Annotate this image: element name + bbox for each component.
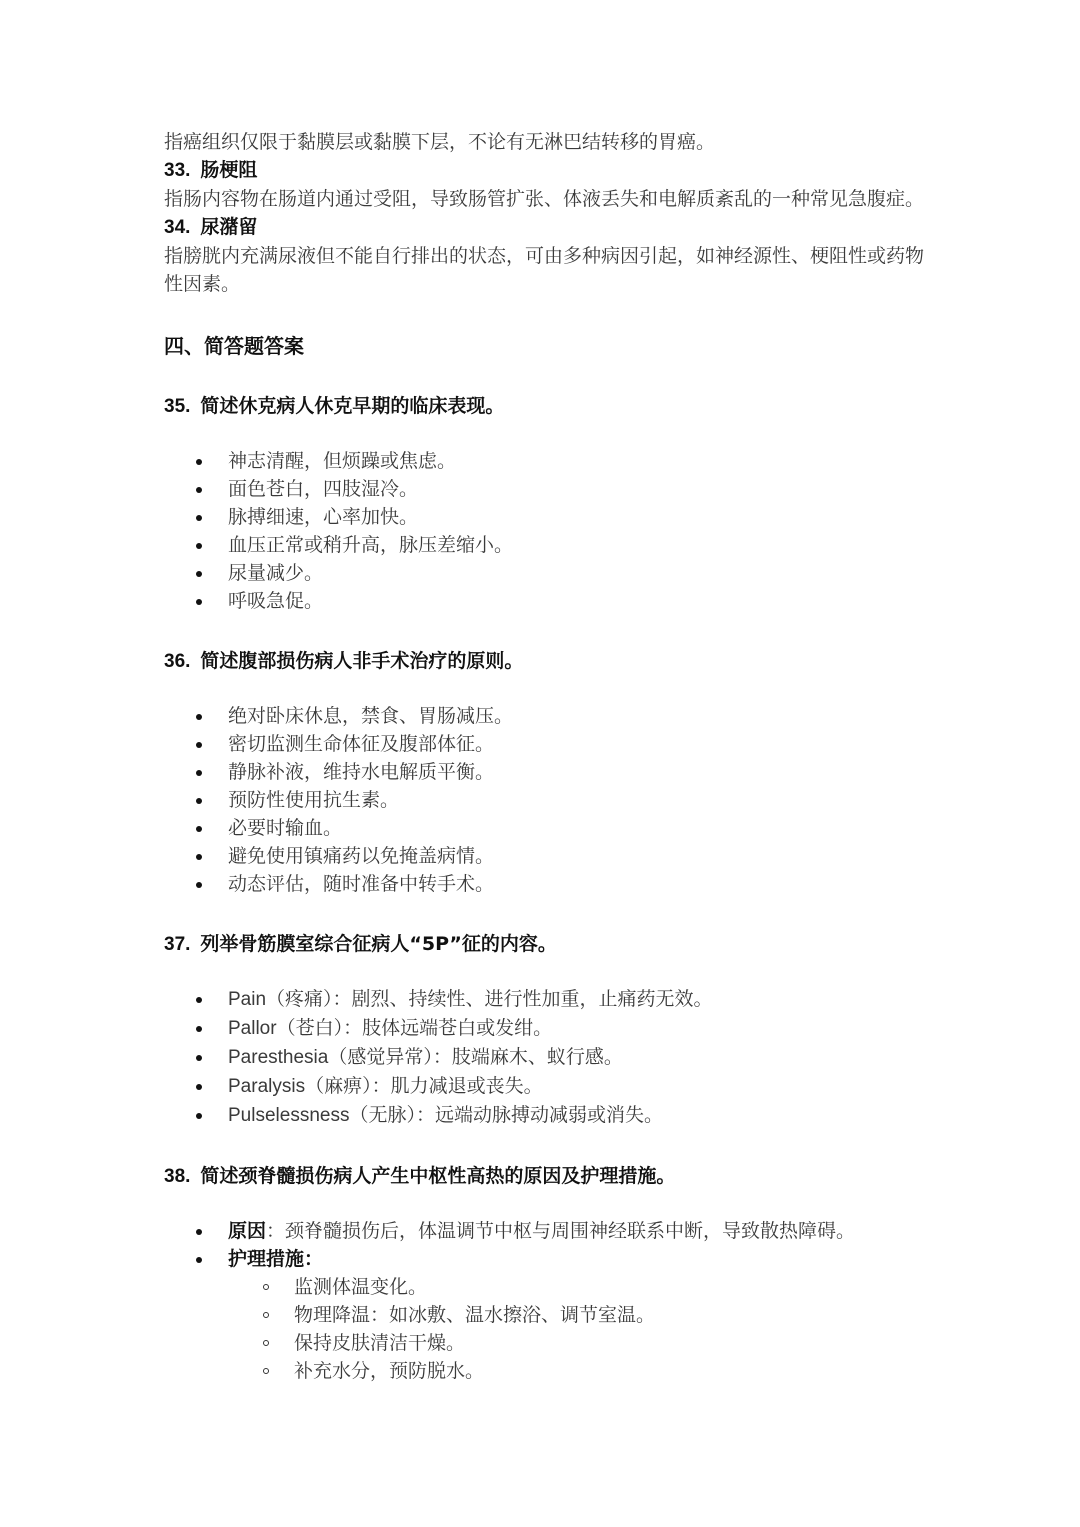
answer-text: 静脉补液，维持水电解质平衡。 xyxy=(228,761,494,783)
hollow-bullet-icon xyxy=(263,1312,269,1318)
bullet-icon xyxy=(196,770,202,776)
hollow-bullet-icon xyxy=(263,1284,269,1290)
answer-item-cause: 原因：颈脊髓损伤后，体温调节中枢与周围神经联系中断，导致散热障碍。 xyxy=(164,1217,924,1245)
answer-text: 神志清醒，但烦躁或焦虑。 xyxy=(228,450,456,472)
answer-text: 预防性使用抗生素。 xyxy=(228,789,399,811)
question-title: 简述颈脊髓损伤病人产生中枢性高热的原因及护理措施。 xyxy=(200,1165,675,1187)
bullet-icon xyxy=(196,742,202,748)
sign-name: Pallor xyxy=(228,1018,277,1039)
answer-item: 血压正常或稍升高，脉压差缩小。 xyxy=(164,531,924,559)
bullet-icon xyxy=(196,1055,202,1061)
sign-name: Paralysis xyxy=(228,1076,305,1097)
definition-34: 34.尿潴留 指膀胱内充满尿液但不能自行排出的状态，可由多种病因引起，如神经源性… xyxy=(164,213,924,298)
answer-item: 避免使用镇痛药以免掩盖病情。 xyxy=(164,842,924,870)
care-measure-text: 物理降温：如冰敷、温水擦浴、调节室温。 xyxy=(294,1304,655,1326)
sign-description: （无脉）：远端动脉搏动减弱或消失。 xyxy=(349,1104,663,1126)
bullet-icon xyxy=(196,487,202,493)
answer-text: 尿量减少。 xyxy=(228,562,323,584)
answer-list: 绝对卧床休息，禁食、胃肠减压。 密切监测生命体征及腹部体征。 静脉补液，维持水电… xyxy=(164,702,924,898)
definition-term: 34.尿潴留 xyxy=(164,213,924,242)
bullet-icon xyxy=(196,599,202,605)
bullet-icon xyxy=(196,515,202,521)
answer-item: 必要时输血。 xyxy=(164,814,924,842)
answer-item: Paralysis（麻痹）：肌力减退或丧失。 xyxy=(164,1072,924,1101)
question-title: 简述休克病人休克早期的临床表现。 xyxy=(200,395,504,417)
care-measure-text: 保持皮肤清洁干燥。 xyxy=(294,1332,465,1354)
answer-item: 动态评估，随时准备中转手术。 xyxy=(164,870,924,898)
question-heading: 36.简述腹部损伤病人非手术治疗的原则。 xyxy=(164,647,924,676)
bullet-icon xyxy=(196,798,202,804)
answer-item: Pain（疼痛）：剧烈、持续性、进行性加重，止痛药无效。 xyxy=(164,985,924,1014)
answer-item: 密切监测生命体征及腹部体征。 xyxy=(164,730,924,758)
question-heading: 35.简述休克病人休克早期的临床表现。 xyxy=(164,392,924,421)
care-measure-item: 补充水分，预防脱水。 xyxy=(228,1357,924,1385)
bullet-icon xyxy=(196,714,202,720)
hollow-bullet-icon xyxy=(263,1368,269,1374)
cause-label: 原因 xyxy=(228,1220,266,1242)
bullet-icon xyxy=(196,1084,202,1090)
answer-text: 绝对卧床休息，禁食、胃肠减压。 xyxy=(228,705,513,727)
bullet-icon xyxy=(196,826,202,832)
bullet-icon xyxy=(196,1257,202,1263)
answer-text: 必要时输血。 xyxy=(228,817,342,839)
question-35: 35.简述休克病人休克早期的临床表现。 神志清醒，但烦躁或焦虑。 面色苍白，四肢… xyxy=(164,392,924,615)
sign-name: Paresthesia xyxy=(228,1047,328,1068)
answer-text: 动态评估，随时准备中转手术。 xyxy=(228,873,494,895)
answer-text: 密切监测生命体征及腹部体征。 xyxy=(228,733,494,755)
answer-list: 神志清醒，但烦躁或焦虑。 面色苍白，四肢湿冷。 脉搏细速，心率加快。 血压正常或… xyxy=(164,447,924,615)
answer-text: 避免使用镇痛药以免掩盖病情。 xyxy=(228,845,494,867)
bullet-icon xyxy=(196,543,202,549)
question-number: 35. xyxy=(164,396,190,417)
definition-text: 指肠内容物在肠道内通过受阻，导致肠管扩张、体液丢失和电解质紊乱的一种常见急腹症。 xyxy=(164,185,924,213)
question-number: 38. xyxy=(164,1166,190,1187)
definition-33: 33.肠梗阻 指肠内容物在肠道内通过受阻，导致肠管扩张、体液丢失和电解质紊乱的一… xyxy=(164,156,924,213)
answer-item: 面色苍白，四肢湿冷。 xyxy=(164,475,924,503)
care-label-colon: ： xyxy=(304,1248,323,1270)
answer-text: 呼吸急促。 xyxy=(228,590,323,612)
care-label: 护理措施 xyxy=(228,1248,304,1270)
definition-number: 33. xyxy=(164,160,190,181)
answer-item: 脉搏细速，心率加快。 xyxy=(164,503,924,531)
intro-paragraph: 指癌组织仅限于黏膜层或黏膜下层，不论有无淋巴结转移的胃癌。 xyxy=(164,128,924,156)
question-number: 36. xyxy=(164,651,190,672)
sign-description: （苍白）：肢体远端苍白或发绀。 xyxy=(277,1017,553,1039)
cause-text: ：颈脊髓损伤后，体温调节中枢与周围神经联系中断，导致散热障碍。 xyxy=(266,1220,855,1242)
bullet-icon xyxy=(196,571,202,577)
answer-item: 呼吸急促。 xyxy=(164,587,924,615)
question-heading: 37.列举骨筋膜室综合征病人“5P”征的内容。 xyxy=(164,930,924,959)
answer-item: 预防性使用抗生素。 xyxy=(164,786,924,814)
bullet-icon xyxy=(196,1229,202,1235)
answer-text: 面色苍白，四肢湿冷。 xyxy=(228,478,418,500)
bullet-icon xyxy=(196,1113,202,1119)
sign-description: （感觉异常）：肢端麻木、蚁行感。 xyxy=(328,1046,623,1068)
answer-item: Pallor（苍白）：肢体远端苍白或发绀。 xyxy=(164,1014,924,1043)
care-measure-item: 监测体温变化。 xyxy=(228,1273,924,1301)
question-38: 38.简述颈脊髓损伤病人产生中枢性高热的原因及护理措施。 原因：颈脊髓损伤后，体… xyxy=(164,1162,924,1385)
sign-description: （疼痛）：剧烈、持续性、进行性加重，止痛药无效。 xyxy=(266,988,713,1010)
question-title: 列举骨筋膜室综合征病人“5P”征的内容。 xyxy=(200,933,556,955)
answer-item: Pulselessness（无脉）：远端动脉搏动减弱或消失。 xyxy=(164,1101,924,1130)
document-page: 指癌组织仅限于黏膜层或黏膜下层，不论有无淋巴结转移的胃癌。 33.肠梗阻 指肠内… xyxy=(164,128,924,1385)
bullet-icon xyxy=(196,1026,202,1032)
definition-term: 33.肠梗阻 xyxy=(164,156,924,185)
care-measure-text: 补充水分，预防脱水。 xyxy=(294,1360,484,1382)
answer-item: Paresthesia（感觉异常）：肢端麻木、蚁行感。 xyxy=(164,1043,924,1072)
sign-name: Pain xyxy=(228,989,266,1010)
care-measures-list: 监测体温变化。 物理降温：如冰敷、温水擦浴、调节室温。 保持皮肤清洁干燥。 补充… xyxy=(228,1273,924,1385)
answer-item-care: 护理措施： xyxy=(164,1245,924,1273)
sign-description: （麻痹）：肌力减退或丧失。 xyxy=(305,1075,543,1097)
answer-text: 脉搏细速，心率加快。 xyxy=(228,506,418,528)
answer-text: 血压正常或稍升高，脉压差缩小。 xyxy=(228,534,513,556)
bullet-icon xyxy=(196,997,202,1003)
question-title: 简述腹部损伤病人非手术治疗的原则。 xyxy=(200,650,523,672)
answer-list: 原因：颈脊髓损伤后，体温调节中枢与周围神经联系中断，导致散热障碍。 护理措施： xyxy=(164,1217,924,1273)
question-37: 37.列举骨筋膜室综合征病人“5P”征的内容。 Pain（疼痛）：剧烈、持续性、… xyxy=(164,930,924,1130)
bullet-icon xyxy=(196,459,202,465)
answer-list: Pain（疼痛）：剧烈、持续性、进行性加重，止痛药无效。 Pallor（苍白）：… xyxy=(164,985,924,1130)
care-measure-text: 监测体温变化。 xyxy=(294,1276,427,1298)
definition-number: 34. xyxy=(164,217,190,238)
definition-text: 指膀胱内充满尿液但不能自行排出的状态，可由多种病因引起，如神经源性、梗阻性或药物… xyxy=(164,242,924,298)
answer-item: 尿量减少。 xyxy=(164,559,924,587)
answer-item: 绝对卧床休息，禁食、胃肠减压。 xyxy=(164,702,924,730)
question-number: 37. xyxy=(164,934,190,955)
definition-term-text: 肠梗阻 xyxy=(200,159,257,181)
bullet-icon xyxy=(196,882,202,888)
sign-name: Pulselessness xyxy=(228,1105,349,1126)
question-heading: 38.简述颈脊髓损伤病人产生中枢性高热的原因及护理措施。 xyxy=(164,1162,924,1191)
hollow-bullet-icon xyxy=(263,1340,269,1346)
answer-item: 静脉补液，维持水电解质平衡。 xyxy=(164,758,924,786)
care-measure-item: 物理降温：如冰敷、温水擦浴、调节室温。 xyxy=(228,1301,924,1329)
answer-item: 神志清醒，但烦躁或焦虑。 xyxy=(164,447,924,475)
definition-term-text: 尿潴留 xyxy=(200,216,257,238)
care-measure-item: 保持皮肤清洁干燥。 xyxy=(228,1329,924,1357)
section-title: 四、简答题答案 xyxy=(164,332,924,360)
bullet-icon xyxy=(196,854,202,860)
question-36: 36.简述腹部损伤病人非手术治疗的原则。 绝对卧床休息，禁食、胃肠减压。 密切监… xyxy=(164,647,924,898)
